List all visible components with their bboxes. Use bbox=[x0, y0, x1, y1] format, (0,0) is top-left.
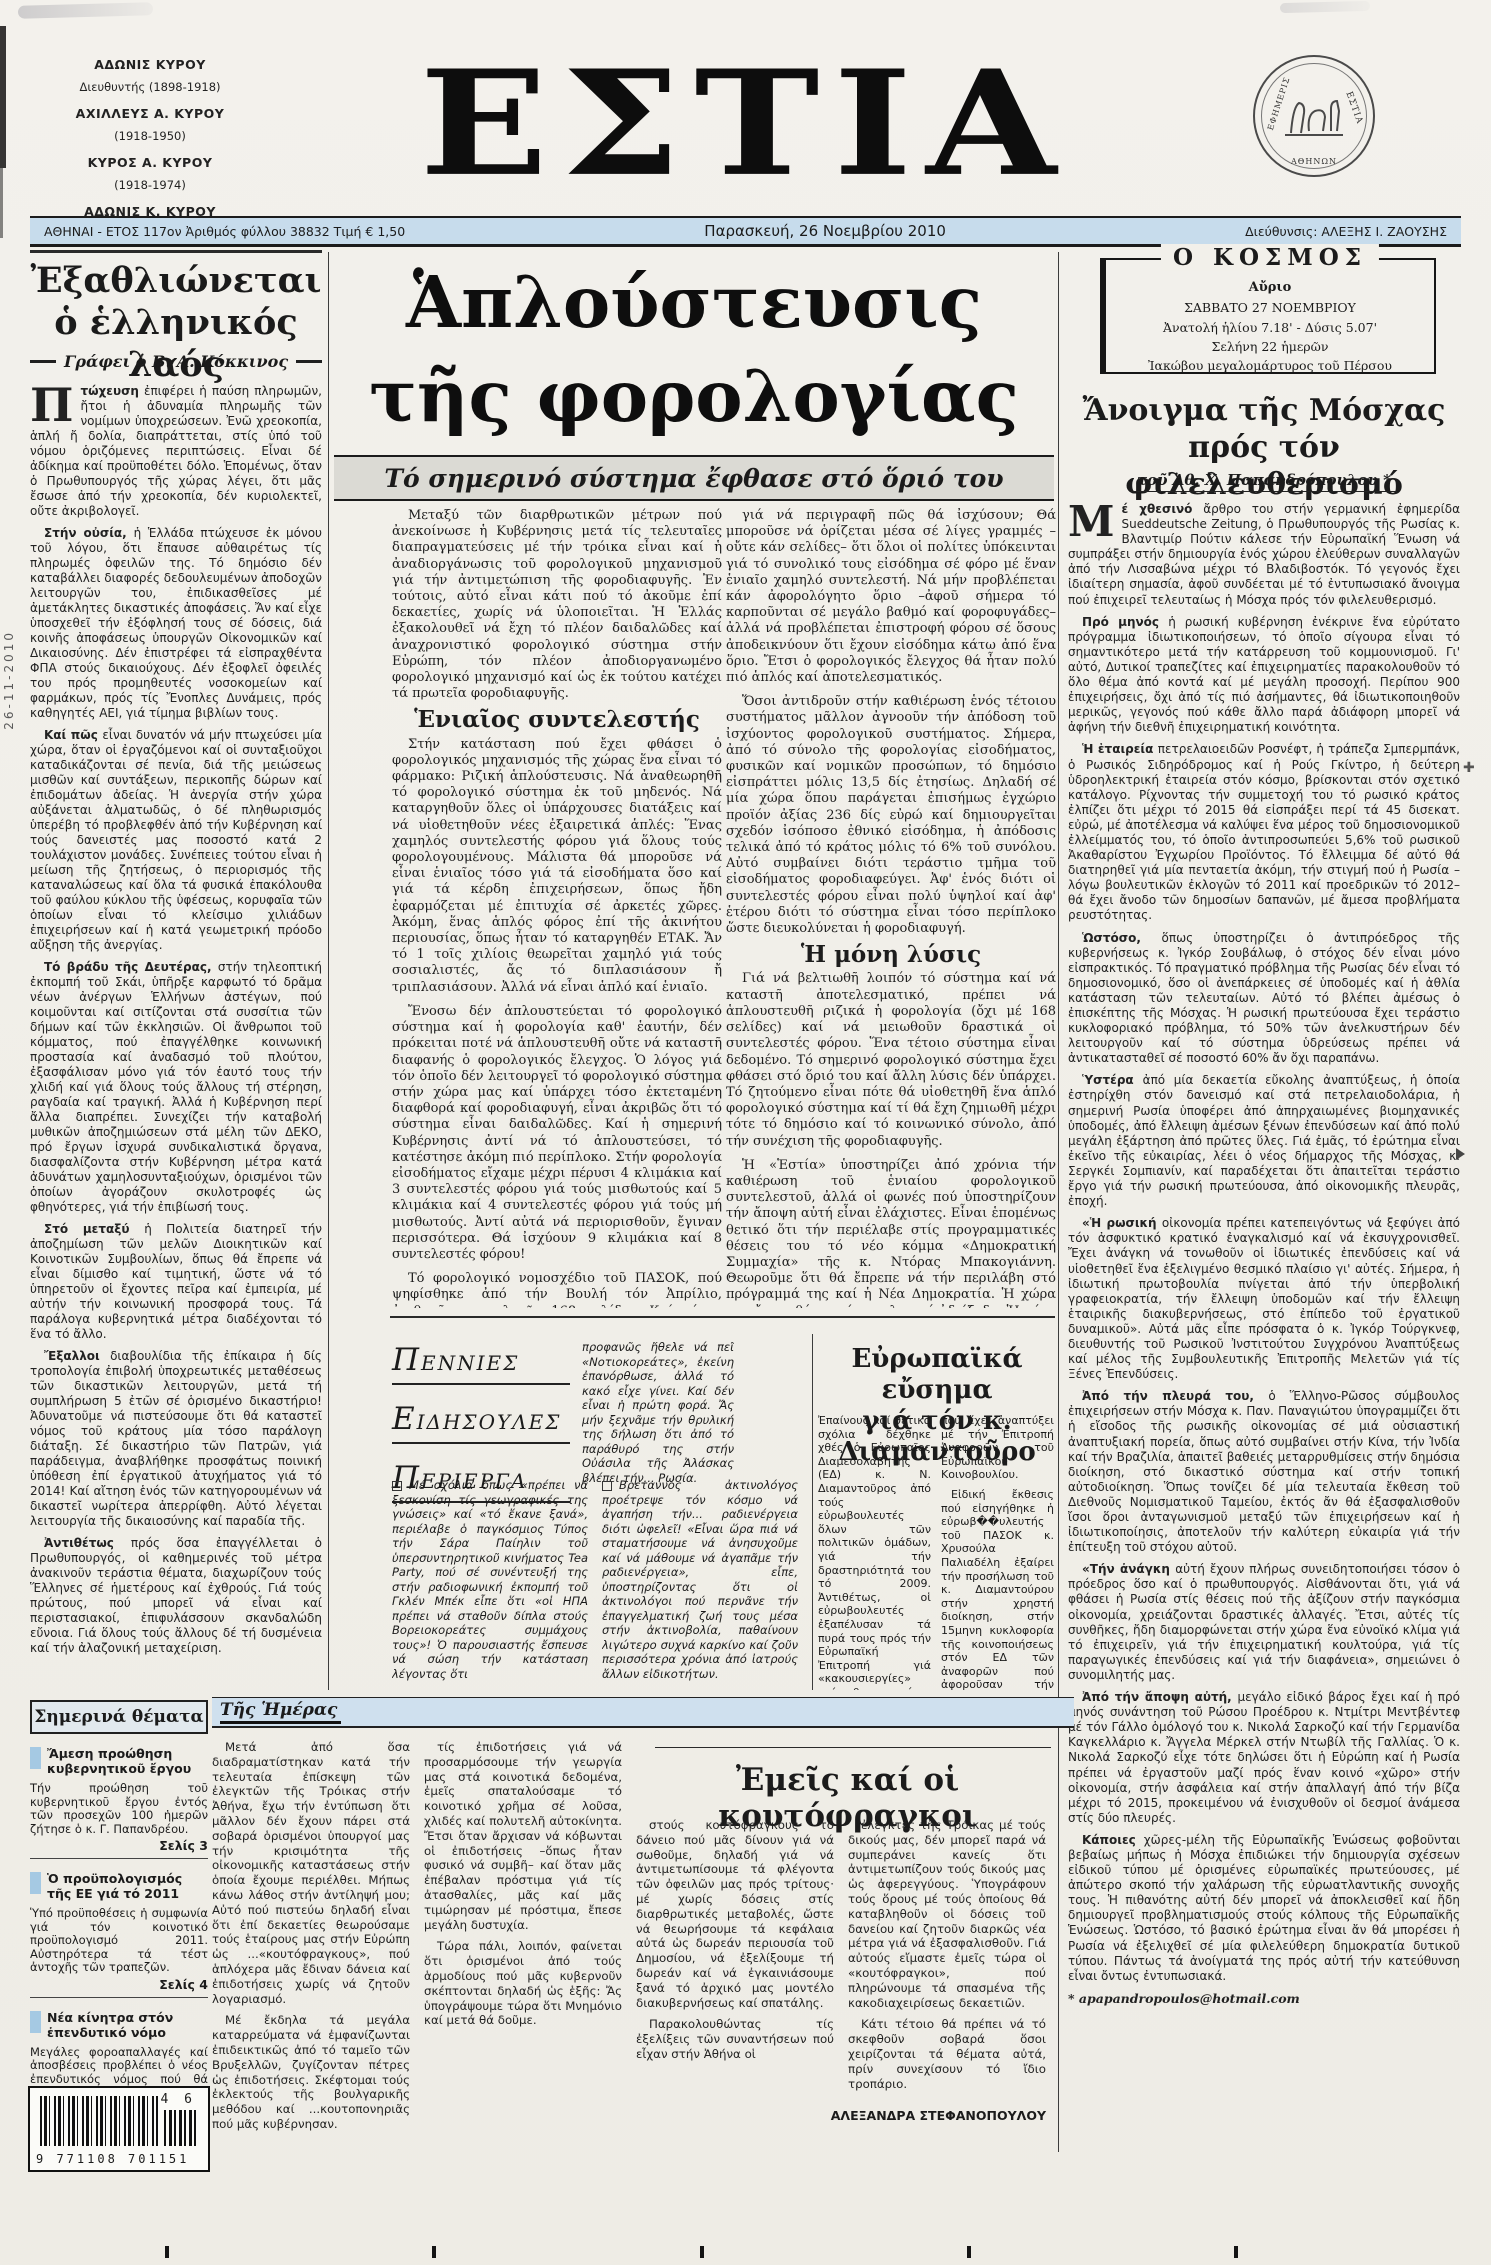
paragraph: Μέ ἔκδηλα τά μεγάλα καταρρεύματα νά ἐμφα… bbox=[212, 2013, 410, 2131]
moscow-byline: τοῦ Ἀθ. Χ. Παπανδρόπουλου * bbox=[1131, 471, 1397, 492]
paragraph: Ὡστόσο, ὅπως ὑποστηρίζει ὁ ἀντιπρόεδρος … bbox=[1068, 931, 1460, 1067]
imera-kicker-strip: Τῆς Ἡμέρας bbox=[212, 1697, 1074, 1728]
moscow-paragraphs: Πρό μηνός ἡ ρωσική κυβέρνηση ἐνέκρινε ἕν… bbox=[1068, 615, 1460, 1984]
editorial-dropcap: Π bbox=[30, 387, 73, 423]
paragraph: Ἀπό τήν ἄποψη αὐτή, μεγάλο εἰδικό βάρος … bbox=[1068, 1690, 1460, 1826]
paragraph: Στήν οὐσία, ἡ Ἑλλάδα πτώχευσε ἐκ μόνου τ… bbox=[30, 526, 322, 721]
paragraph: Κάτι τέτοιο θά πρέπει νά τό σκεφθοῦν σοβ… bbox=[848, 2017, 1046, 2091]
pennies-intro-text: προφανῶς ἤθελε νά πεῖ «Νοτιοκορεάτες», ἐ… bbox=[582, 1340, 734, 1485]
paragraph: Ἀνατολή ἡλίου 7.18' - Δύσις 5.07' bbox=[1106, 318, 1434, 337]
paragraph: Ἀπό τήν πλευρά του, ὁ Ἕλληνο-Ρῶσος σύμβο… bbox=[1068, 1389, 1460, 1555]
diamantouros-col2: πού ἔχει ἀναπτύξει μέ τήν Ἐπιτροπή Ἀναφο… bbox=[941, 1414, 1054, 1690]
fold-mark bbox=[967, 2246, 971, 2258]
registration-mark-icon: ✚ bbox=[1463, 760, 1475, 776]
topic-item: Ἄμεση προώθηση κυβερνητικοῦ ἔργου Τήν πρ… bbox=[30, 1746, 208, 1859]
paragraph: Μετά ἀπό ὅσα διαδραματίστηκαν κατά τήν τ… bbox=[212, 1740, 410, 2006]
paragraph: Ὅσοι ἀντιδροῦν στήν καθιέρωση ἑνός τέτοι… bbox=[726, 694, 1056, 937]
paragraph: «Ἡ ρωσική οἰκονομία πρέπει κατεπειγόντως… bbox=[1068, 1216, 1460, 1382]
column-rule bbox=[1058, 252, 1059, 2152]
main-article-col2: γιά νά περιγραφῆ πῶς θά ἰσχύσουν; Θά μπο… bbox=[726, 508, 1056, 1308]
scan-artifact bbox=[0, 168, 3, 238]
newspaper-page: ✚ 26-11-2010 ΑΔΩΝΙΣ ΚΥΡΟΥΔιευθυντής (189… bbox=[0, 0, 1491, 2265]
paragraph: Ἡ «Ἑστία» ὑποστηρίζει ἀπό χρόνια τήν καθ… bbox=[726, 1158, 1056, 1308]
editorial-lead-paragraph: Πτώχευση ἐπιφέρει ἡ παύση πληρωμῶν, ἤτοι… bbox=[30, 384, 322, 519]
imera-kicker: Τῆς Ἡμέρας bbox=[220, 1700, 341, 1724]
dateline-director: Διεύθυνσις: ΑΛΕΞΗΣ Ι. ΖΑΟΥΣΗΣ bbox=[1245, 224, 1447, 239]
main-headline-line2: τῆς φορολογίας bbox=[338, 349, 1050, 443]
topic-item: Ὁ προϋπολογισμός τῆς ΕΕ γιά τό 2011 Ὑπό … bbox=[30, 1871, 208, 1998]
editorial-top-rule bbox=[30, 250, 322, 253]
paragraph: ΑΔΩΝΙΣ ΚΥΡΟΥ bbox=[30, 56, 270, 75]
paragraph: Διευθυντής (1898-1918) bbox=[30, 79, 270, 96]
barcode-bars bbox=[40, 2096, 158, 2146]
paragraph: Κάποιες χῶρες-μέλη τῆς Εὐρωπαϊκῆς Ἑνώσεω… bbox=[1068, 1833, 1460, 1984]
topic-title: Νέα κίνητρα στόν ἐπενδυτικό νόμο bbox=[30, 2010, 208, 2040]
topic-text: Τήν προώθηση τοῦ κυβερνητικοῦ ἔργου ἐντό… bbox=[30, 1782, 208, 1836]
paragraph: Ἀντιθέτως πρός ὅσα ἐπαγγέλλεται ὁ Πρωθυπ… bbox=[30, 1536, 322, 1656]
paragraph: ΑΧΙΛΛΕΥΣ Α. ΚΥΡΟΥ bbox=[30, 105, 270, 124]
paragraph: Πρό μηνός ἡ ρωσική κυβέρνηση ἐνέκρινε ἕν… bbox=[1068, 615, 1460, 736]
paragraph: γιά νά περιγραφῆ πῶς θά ἰσχύσουν; Θά μπο… bbox=[726, 508, 1056, 686]
dateline-date: Παρασκευή, 26 Νοεμβρίου 2010 bbox=[704, 222, 946, 240]
scan-artifact bbox=[0, 26, 6, 168]
paragraph: πού ἔχει ἀναπτύξει μέ τήν Ἐπιτροπή Ἀναφο… bbox=[941, 1414, 1054, 1482]
paragraph: Στήν κατάσταση πού ἔχει φθάσει ὁ φορολογ… bbox=[392, 737, 722, 996]
fold-mark bbox=[432, 2246, 436, 2258]
topic-title: Ὁ προϋπολογισμός τῆς ΕΕ γιά τό 2011 bbox=[30, 1871, 208, 1901]
topics-box: Σημερινά θέματα Ἄμεση προώθηση κυβερνητι… bbox=[30, 1700, 208, 2148]
moscow-dropcap: Μ bbox=[1068, 505, 1115, 539]
section-divider bbox=[390, 1316, 1055, 1318]
editorial-paragraphs: Στήν οὐσία, ἡ Ἑλλάδα πτώχευσε ἐκ μόνου τ… bbox=[30, 526, 322, 1656]
imera-col2: τίς ἐπιδοτήσεις γιά νά προσαρμόσουμε τήν… bbox=[424, 1740, 622, 2148]
imera-col4: ἐλεγκτές τῆς Τρόικας μέ τούς δικούς μας,… bbox=[848, 1818, 1046, 2100]
editorial-lead-text: ἐπιφέρει ἡ παύση πληρωμῶν, ἤτοι ἡ ἀδυναμ… bbox=[30, 384, 322, 518]
moscow-body: Μέ χθεσινό ἄρθρο του στήν γερμανική ἐφημ… bbox=[1068, 502, 1460, 2064]
paragraph: «Τήν ἀνάγκη αὐτή ἔχουν πλήρως συνειδητοπ… bbox=[1068, 1562, 1460, 1683]
paragraph: (1918-1974) bbox=[30, 177, 270, 194]
topic-page: Σελίς 3 bbox=[30, 1838, 208, 1853]
main-article-col1: Μεταξύ τῶν διαρθρωτικῶν μέτρων πού ἀνεκο… bbox=[392, 508, 722, 1308]
editorial-headline-line2: ὁ ἑλληνικός λαός bbox=[30, 302, 322, 386]
diamantouros-headline-line1: Εὐρωπαϊκά εὔσημα bbox=[818, 1344, 1056, 1406]
paragraph: ἐλεγκτές τῆς Τρόικας μέ τούς δικούς μας,… bbox=[848, 1818, 1046, 2010]
editorial-byline-text: Γράφει ὁ Β. Α. Κόκκινος bbox=[64, 352, 288, 371]
pennies-item-col1: Μέ σχόλια ὅπως «πρέπει νά ξεσκονίση τίς … bbox=[392, 1478, 588, 1690]
imera-signature: ΑΛΕΞΑΝΔΡΑ ΣΤΕΦΑΝΟΠΟΥΛΟΥ bbox=[800, 2108, 1046, 2123]
paragraph: Μεταξύ τῶν διαρθρωτικῶν μέτρων πού ἀνεκο… bbox=[392, 508, 722, 702]
paragraph: Τό βράδυ τῆς Δευτέρας, στήν τηλεοπτική ἐ… bbox=[30, 960, 322, 1215]
kosmos-box: Ο ΚΟΣΜΟΣ ΑὔριοΣΑΒΒΑΤΟ 27 ΝΟΕΜΒΡΙΟΥἈνατολ… bbox=[1100, 258, 1436, 374]
column-rule bbox=[812, 1334, 813, 1690]
paragraph: ΣΑΒΒΑΤΟ 27 ΝΟΕΜΒΡΙΟΥ bbox=[1106, 298, 1434, 317]
barcode-digits: 9 771108 701151 bbox=[36, 2152, 189, 2166]
section-heading: Ἑνιαῖος συντελεστής bbox=[392, 712, 722, 728]
paragraph: Εἰδική ἔκθεσις πού εἰσηγήθηκε ἡ εὐρωβ��υ… bbox=[941, 1488, 1054, 1690]
editorial-lead-bold: τώχευση bbox=[80, 384, 139, 398]
topics-title: Σημερινά θέματα bbox=[30, 1700, 208, 1734]
section-heading: Ἡ μόνη λύσις bbox=[726, 947, 1056, 963]
paragraph: Ὑστέρα ἀπό μία δεκαετία εὔκολης ἀναπτύξε… bbox=[1068, 1073, 1460, 1209]
scan-smudge bbox=[18, 2, 153, 19]
paragraph: Σελήνη 22 ἡμερῶν bbox=[1106, 337, 1434, 356]
dateline-strip: ΑΘΗΝΑΙ - ΕΤΟΣ 117ον Ἀριθμός φύλλου 38832… bbox=[30, 216, 1461, 247]
paragraph: τίς ἐπιδοτήσεις γιά νά προσαρμόσουμε τήν… bbox=[424, 1740, 622, 1932]
fold-mark bbox=[165, 2246, 169, 2258]
emblem-coin-icon: ΕΦΗΜΕΡΙΣ ΕΣΤΙΑ ΑΘΗΝΩΝ bbox=[1253, 55, 1375, 177]
moscow-lead-text: ἄρθρο του στήν γερμανική ἐφημερίδα Suedd… bbox=[1068, 502, 1460, 607]
paragraph: Ἰακώβου μεγαλομάρτυρος τοῦ Πέρσου bbox=[1106, 356, 1434, 375]
pennies-item: Μέ σχόλια ὅπως «πρέπει νά ξεσκονίση τίς … bbox=[392, 1478, 588, 1681]
emblem-figures-icon bbox=[1279, 83, 1349, 141]
fold-mark bbox=[700, 2246, 704, 2258]
column-rule bbox=[328, 252, 329, 1690]
moscow-headline-line1: Ἄνοιγμα τῆς Μόσχας bbox=[1068, 392, 1460, 429]
paragraph: Τό φορολογικό νομοσχέδιο τοῦ ΠΑΣΟΚ, πού … bbox=[392, 1271, 722, 1308]
paragraph: στούς κουτόφραγκους τό δάνειο πού μᾶς δί… bbox=[636, 1818, 834, 2010]
main-subhead-bar: Τό σημερινό σύστημα ἔφθασε στό ὅριό του bbox=[334, 455, 1054, 501]
imera-col3: στούς κουτόφραγκους τό δάνειο πού μᾶς δί… bbox=[636, 1818, 834, 2100]
paragraph: (1918-1950) bbox=[30, 128, 270, 145]
paragraph: Ἡ ἑταιρεία πετρελαιοειδῶν Ροσνέφτ, ἡ τρά… bbox=[1068, 742, 1460, 923]
editorial-byline: Γράφει ὁ Β. Α. Κόκκινος bbox=[30, 352, 322, 371]
paragraph: Ἐπαίνους καί θετικά σχόλια δέχθηκε χθές … bbox=[818, 1414, 931, 1690]
moscow-lead-bold: έ χθεσινό bbox=[1122, 502, 1193, 516]
scan-smudge bbox=[1280, 1, 1370, 13]
editorial-body: Πτώχευση ἐπιφέρει ἡ παύση πληρωμῶν, ἤτοι… bbox=[30, 384, 322, 1686]
barcode-bars bbox=[164, 2110, 198, 2146]
fold-mark bbox=[1234, 2246, 1238, 2258]
moscow-lead-paragraph: Μέ χθεσινό ἄρθρο του στήν γερμανική ἐφημ… bbox=[1068, 502, 1460, 608]
paragraph: Αὔριο bbox=[1106, 278, 1434, 298]
margin-date: 26-11-2010 bbox=[2, 630, 16, 730]
main-headline-line1: Ἁπλούστευσις bbox=[338, 255, 1050, 349]
kosmos-lines: ΑὔριοΣΑΒΒΑΤΟ 27 ΝΟΕΜΒΡΙΟΥἈνατολή ἡλίου 7… bbox=[1106, 260, 1434, 376]
emblem-bottom: ΑΘΗΝΩΝ bbox=[1291, 157, 1337, 166]
paragraph: Τώρα πάλι, λοιπόν, φαίνεται ὅτι ὁρισμένο… bbox=[424, 1939, 622, 2028]
main-subhead-text: Τό σημερινό σύστημα ἔφθασε στό ὅριό του bbox=[384, 464, 1003, 493]
editorial-headline-line1: Ἐξαθλιώνεται bbox=[30, 260, 322, 302]
paragraph: Γιά νά βελτιωθῆ λοιπόν τό σύστημα καί νά… bbox=[726, 971, 1056, 1149]
dateline-issue: ΑΘΗΝΑΙ - ΕΤΟΣ 117ον Ἀριθμός φύλλου 38832… bbox=[44, 224, 405, 239]
kosmos-title: Ο ΚΟΣΜΟΣ bbox=[1161, 244, 1379, 271]
moscow-footnote: * apapandropoulos@hotmail.com bbox=[1068, 1991, 1460, 2006]
masthead-logo: ΕΣΤΙΑ bbox=[345, 38, 1145, 208]
moscow-byline-wrap: τοῦ Ἀθ. Χ. Παπανδρόπουλου * bbox=[1068, 470, 1460, 492]
paragraph: Ἔνοσω δέν ἁπλουστεύεται τό φορολογικό σύ… bbox=[392, 1004, 722, 1263]
paragraph: ΠΕΝΝΙΕΣ bbox=[392, 1342, 570, 1385]
topic-text: Ὑπό προϋποθέσεις ἡ συμφωνία γιά τόν κοιν… bbox=[30, 1907, 208, 1975]
paragraph: ΕΙΔΗΣΟΥΛΕΣ bbox=[392, 1401, 570, 1444]
paragraph: Στό μεταξύ ἡ Πολιτεία διατηρεῖ τήν ἀποζη… bbox=[30, 1222, 322, 1342]
paragraph: ΚΥΡΟΣ Α. ΚΥΡΟΥ bbox=[30, 154, 270, 173]
paragraph: Καί πῶς εἶναι δυνατόν νά μήν πτωχεύσει μ… bbox=[30, 728, 322, 953]
diamantouros-col1: Ἐπαίνους καί θετικά σχόλια δέχθηκε χθές … bbox=[818, 1414, 931, 1690]
topic-title: Ἄμεση προώθηση κυβερνητικοῦ ἔργου bbox=[30, 1746, 208, 1776]
pennies-item-col2: Βρεταννός ἀκτινολόγος προέτρεψε τόν κόσμ… bbox=[602, 1478, 798, 1690]
barcode: 4 6 9 771108 701151 bbox=[28, 2086, 210, 2172]
imera-col1: Μετά ἀπό ὅσα διαδραματίστηκαν κατά τήν τ… bbox=[212, 1740, 410, 2148]
topic-page: Σελίς 4 bbox=[30, 1977, 208, 1992]
barcode-issue: 4 6 bbox=[161, 2092, 196, 2107]
pennies-item: Βρεταννός ἀκτινολόγος προέτρεψε τόν κόσμ… bbox=[602, 1478, 798, 1681]
paragraph: Παρακολουθώντας τίς ἐξελίξεις τῶν συναντ… bbox=[636, 2017, 834, 2061]
imera-headline-rule bbox=[655, 1747, 1051, 1748]
paragraph: Ἔξαλλοι διαβουλίδια τῆς ἐπίκαιρα ἡ δίς τ… bbox=[30, 1349, 322, 1529]
main-headline: Ἁπλούστευσις τῆς φορολογίας bbox=[338, 255, 1050, 443]
